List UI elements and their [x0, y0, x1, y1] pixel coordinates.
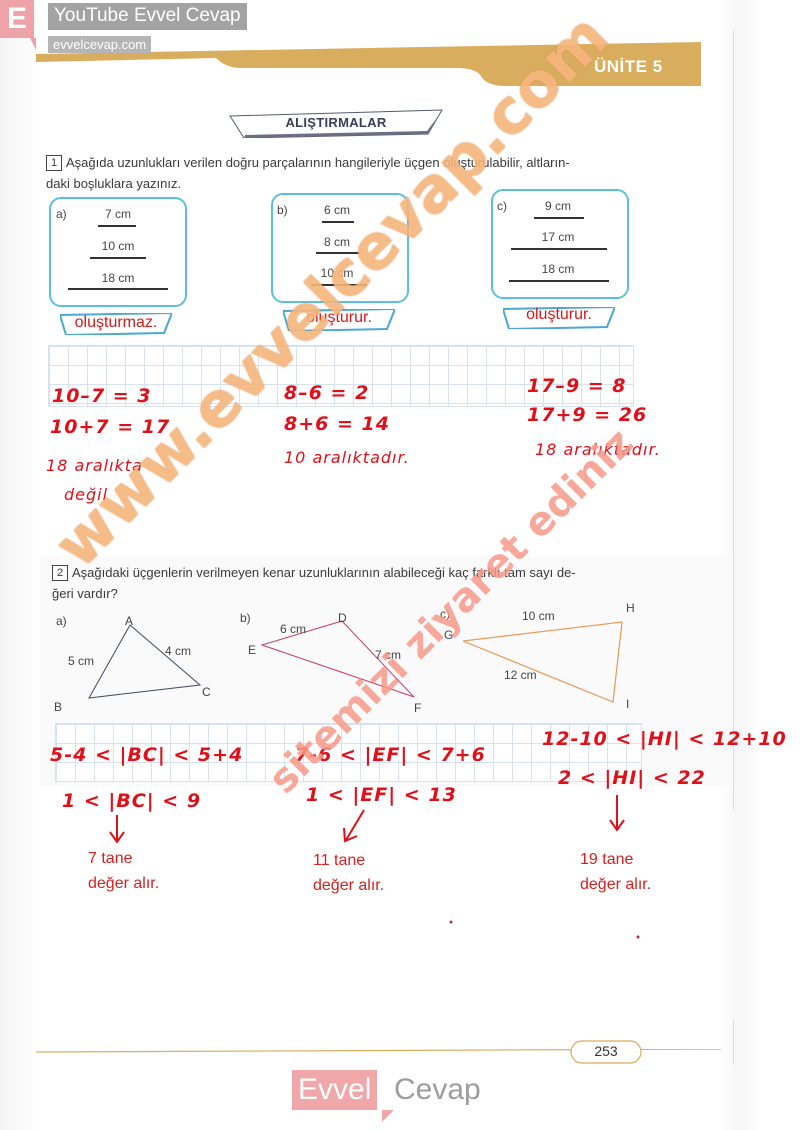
- page-number: 253: [570, 1043, 642, 1059]
- answer-line: 7 tane: [88, 850, 132, 867]
- answer-line: 19 tane: [580, 851, 633, 868]
- answer-line: değer alır.: [580, 876, 651, 893]
- answer-count-c: 19 tane değer alır.: [580, 847, 651, 897]
- brand-logo-tail: [382, 1110, 394, 1122]
- answer-count-b: 11 tane değer alır.: [313, 848, 384, 898]
- arrow-down-icon: [344, 810, 364, 841]
- answer-line: değer alır.: [313, 877, 384, 894]
- answer-line: 11 tane: [313, 852, 365, 869]
- arrow-down-icon: [610, 795, 624, 830]
- answer-line: değer alır.: [88, 875, 159, 892]
- answer-count-a: 7 tane değer alır.: [88, 846, 159, 896]
- brand-logo-red: Evvel: [292, 1070, 377, 1110]
- arrow-down-icon: [110, 815, 124, 842]
- brand-logo-grey: Cevap: [394, 1070, 481, 1110]
